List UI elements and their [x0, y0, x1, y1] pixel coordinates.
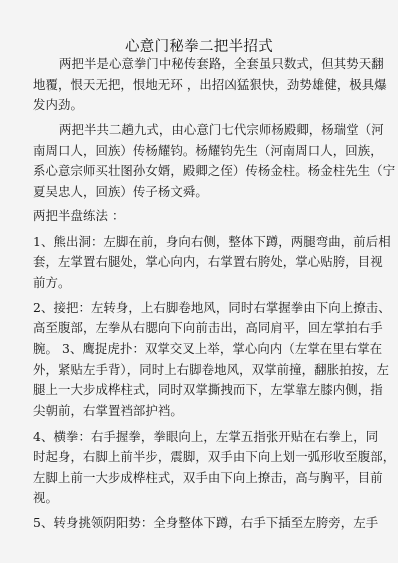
- document-title: 心意门秘拳二把半招式: [0, 35, 398, 56]
- paragraph-line: 尖朝前，右掌置裆部护裆。: [33, 402, 369, 420]
- paragraph-line: 4、横拳：右手握拳，拳眼向上，左掌五指张开贴在右拳上，同: [33, 428, 369, 446]
- paragraph-line: 系心意宗师买壮图孙女婿，殿卿之侄）传杨金柱。杨金柱先生（宁: [33, 162, 369, 180]
- paragraph-line: 时起身，右脚上前半步，震脚，双手由下向上划一弧形收至腹部，: [33, 448, 369, 466]
- paragraph-line: 夏吴忠人，回族）传子杨文舜。: [33, 183, 369, 201]
- paragraph-line: 两把半是心意拳门中秘传套路，全套虽只数式，但其势天翻: [33, 55, 369, 73]
- paragraph-line: 腿上一大步成桦柱式，同时双掌撕拽而下，左掌靠左膝内侧，指: [33, 381, 369, 399]
- section-heading: 两把半盘练法 ：: [33, 207, 369, 225]
- paragraph-line: 地覆，恨天无把，恨地无环 ，出招凶猛狠快，劲势雄健，极具爆: [33, 76, 369, 94]
- paragraph-line: 腕。 3、鹰捉虎扑：双掌交叉上举，掌心向内（左掌在里右掌在: [33, 340, 369, 358]
- paragraph-line: 套，左掌置右腿处，掌心向内，右掌置右胯处，掌心贴胯，目视: [33, 253, 369, 271]
- paragraph-line: 南周口人，回族）传杨耀钧。杨耀钧先生（河南周口人，回族，: [33, 142, 369, 160]
- paragraph-line: 发内劲。: [33, 96, 369, 114]
- paragraph-line: 外，紧贴左手背），同时上右脚卷地风，双掌前撞，翻胀拍按，左: [33, 361, 369, 379]
- paragraph-line: 视。: [33, 489, 369, 507]
- paragraph-line: 1、熊出洞：左脚在前，身向右侧，整体下蹲，两腿弯曲，前后相: [33, 233, 369, 251]
- document-page: 心意门秘拳二把半招式 两把半是心意拳门中秘传套路，全套虽只数式，但其势天翻 地覆…: [0, 0, 398, 563]
- paragraph-line: 左脚上前一大步成桦柱式，双手由下向上撩击，高与胸平，目前: [33, 469, 369, 487]
- paragraph-line: 高至腹部，左拳从右腮向下向前击出，高同肩平，回左掌拍右手: [33, 319, 369, 337]
- paragraph-line: 2、接把：左转身，上右脚卷地风，同时右掌握拳由下向上撩击、: [33, 299, 369, 317]
- paragraph-line: 两把半共二趟九式，由心意门七代宗师杨殿卿，杨瑞堂（河: [33, 121, 369, 139]
- paragraph-line: 5、转身挑领阴阳势：全身整体下蹲，右手下插至左胯旁，左手: [33, 514, 369, 532]
- paragraph-line: 前方。: [33, 274, 369, 292]
